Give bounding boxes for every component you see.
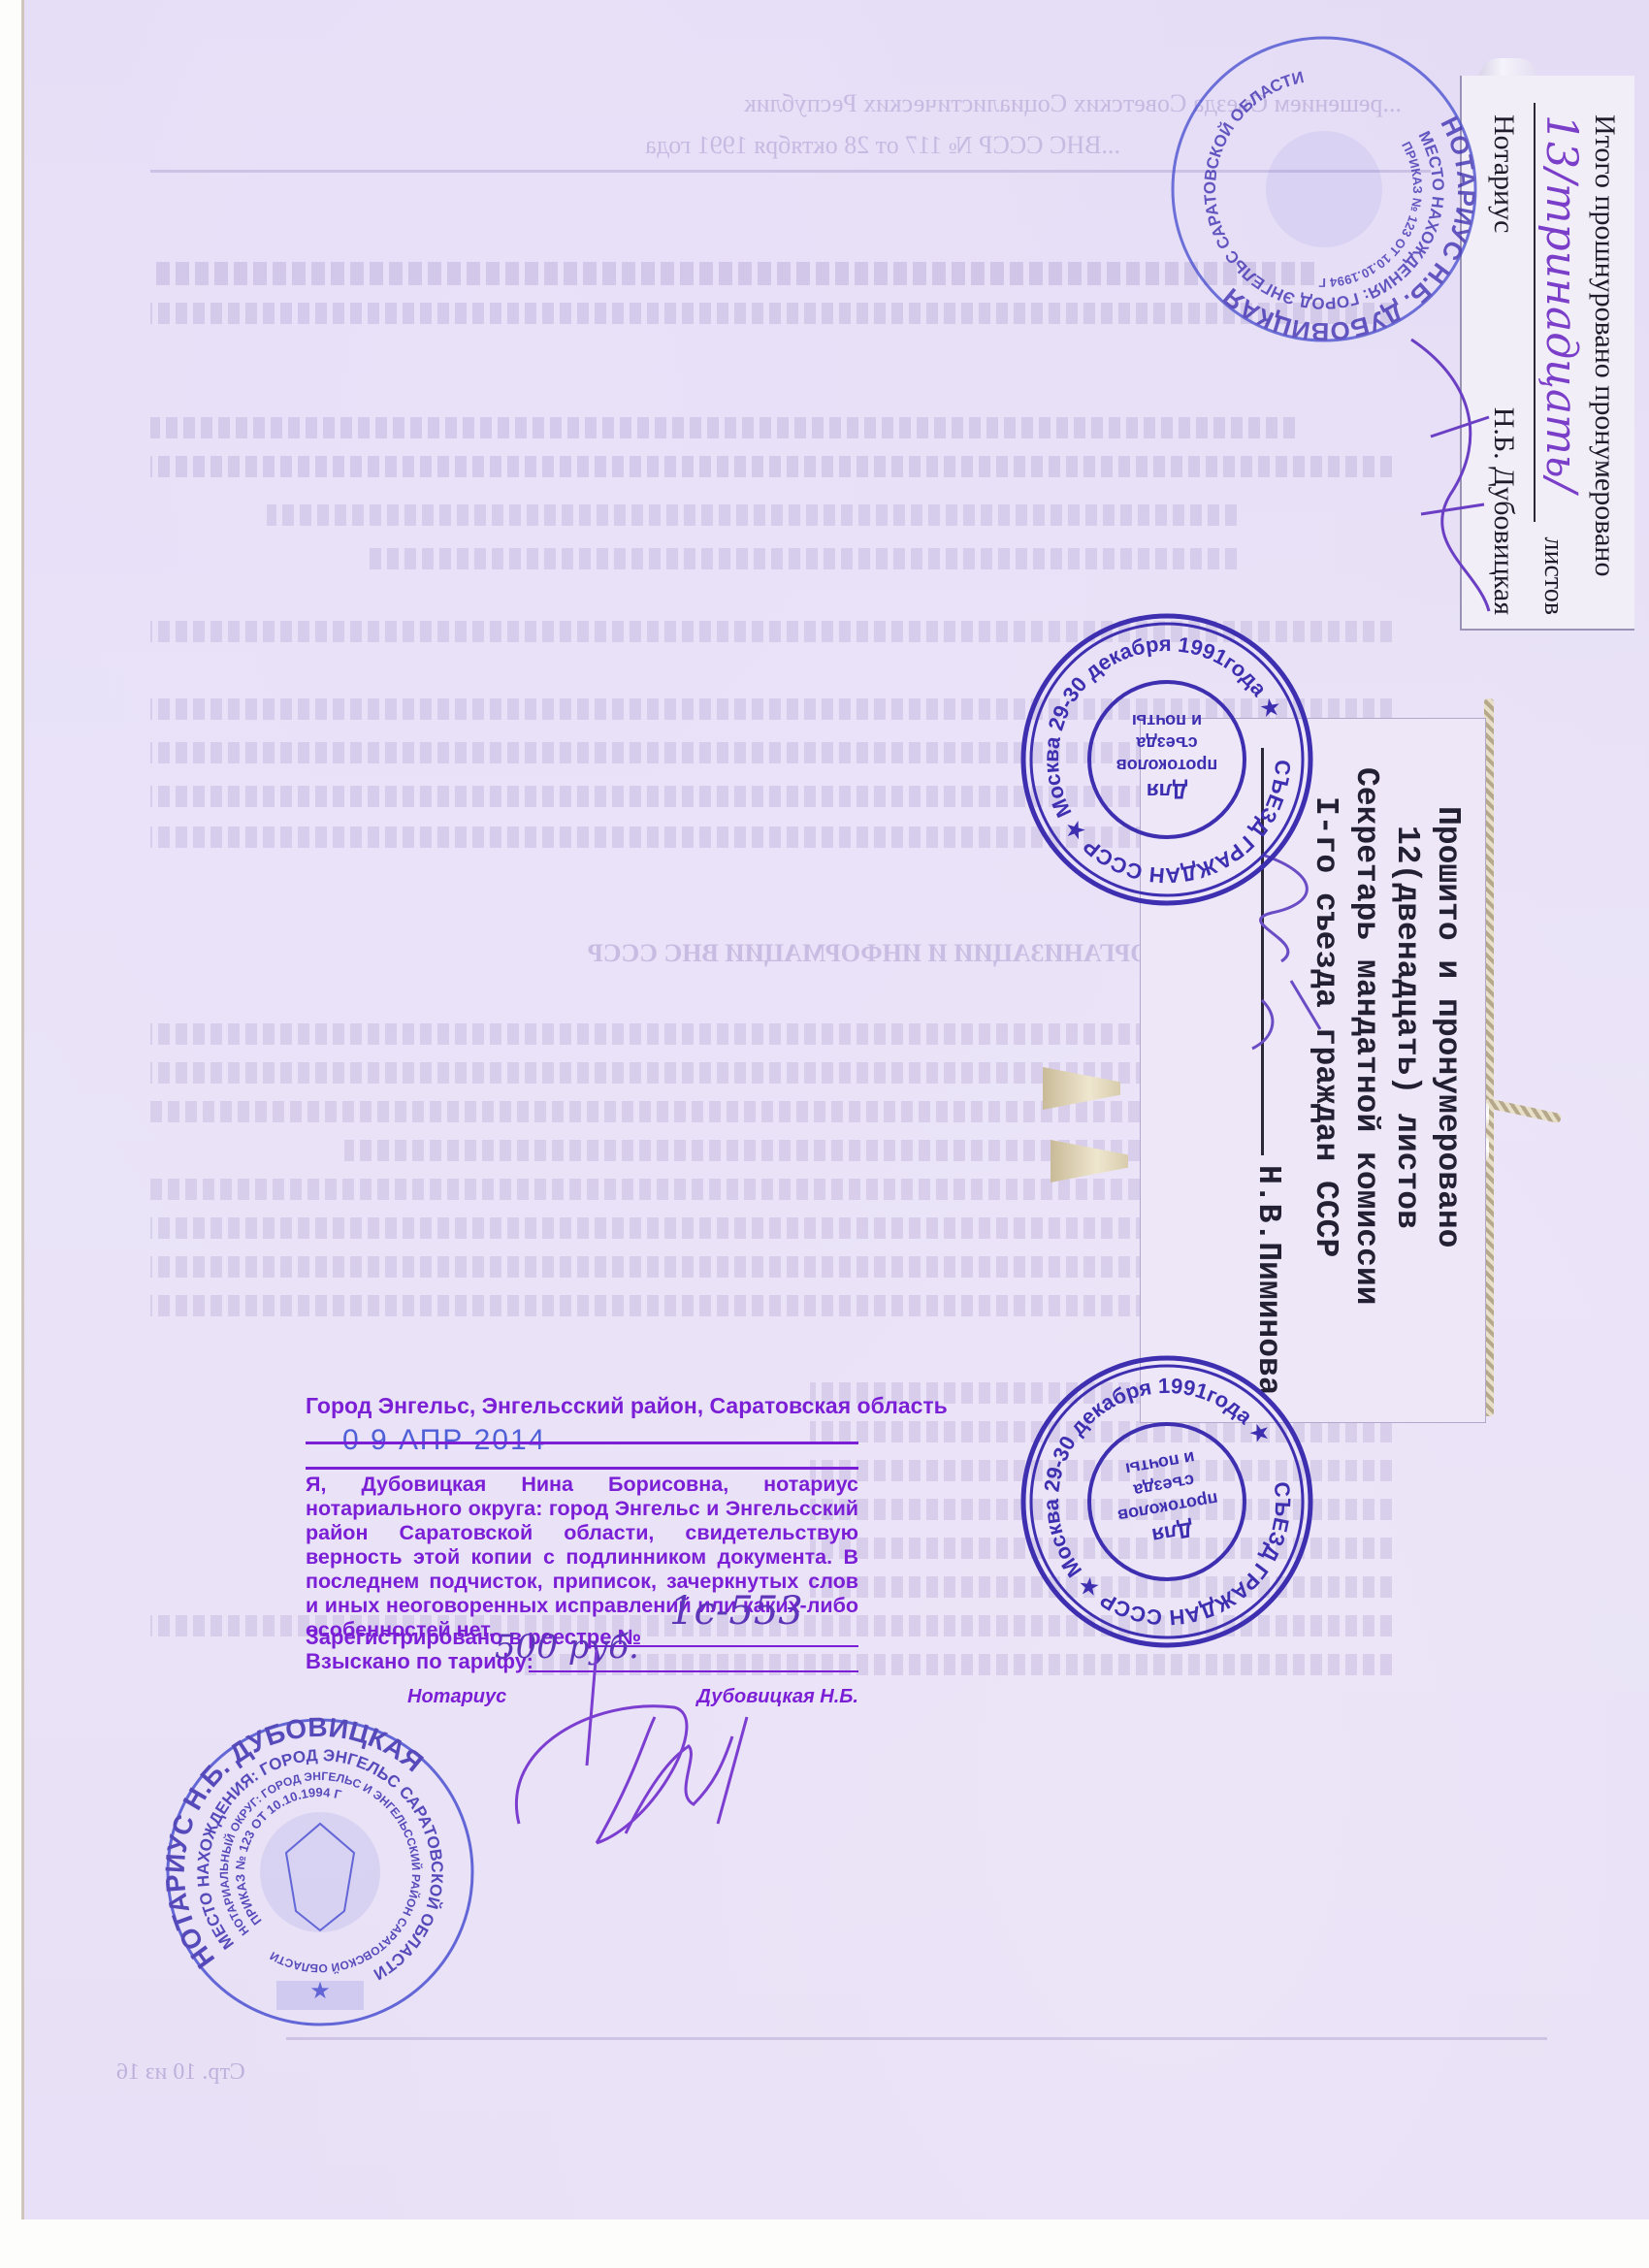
notary-label: Нотариус [1487, 114, 1520, 233]
handwritten-sheet-count: 13/тринадцать/ [1536, 114, 1586, 493]
congress-stamp: СЪЕЗД ГРАЖДАН СССР ★ Москва 29-30 декабр… [1017, 609, 1317, 910]
cert-rule [306, 1442, 858, 1444]
notary-signature [480, 1630, 771, 1901]
bleed-paragraph [150, 262, 1314, 285]
svg-text:Для: Для [1147, 779, 1188, 803]
binding-total-text: Итого прошнуровано пронумеровано [1588, 114, 1621, 576]
svg-text:Для: Для [1150, 1517, 1195, 1548]
bleed-rule [286, 2037, 1547, 2040]
sheets-word: листов [1537, 537, 1568, 615]
svg-text:протоколов: протоколов [1116, 756, 1218, 775]
document-page: ...решением Съезда Советских Социалистич… [21, 0, 1649, 2219]
svg-text:и почты: и почты [1132, 711, 1202, 730]
page-footer: Стр. 10 из 16 [116, 2059, 245, 2086]
bleed-header-line: ...ВНС СССР № 117 от 28 октября 1991 год… [645, 131, 1120, 160]
bleed-section-heading: ...ОРГАНИЗАЦИИ И ИНФОРМАЦИИ ВНС СССР [588, 939, 1169, 968]
binding-label-line2: 12(двенадцать) листов [1389, 826, 1425, 1229]
binding-cord [1484, 1098, 1562, 1123]
notary-seal: ★ НОТАРИУС Н.Б. ДУБОВИЦКАЯ МЕСТО НАХОЖДЕ… [165, 1717, 475, 2027]
notary-signature-top [1392, 320, 1508, 631]
cert-registry-number: 1с-553 [669, 1589, 803, 1634]
bleed-paragraph [150, 417, 1295, 438]
bleed-paragraph [267, 504, 1237, 526]
binding-label-line1: Прошито и пронумеровано [1430, 806, 1466, 1247]
cert-rule [306, 1467, 858, 1470]
cert-date-stamp: 0 9 АПР 2014 [342, 1424, 546, 1457]
svg-text:съезда: съезда [1135, 733, 1197, 753]
cert-place: Город Энгельс, Энгельсский район, Сарато… [306, 1393, 948, 1419]
notary-seal: НОТАРИУС Н.Б. ДУБОВИЦКАЯ МЕСТО НАХОЖДЕНИ… [1169, 34, 1479, 344]
bleed-paragraph [364, 548, 1237, 569]
binding-label-line3: Секретарь мандатной комиссии [1348, 767, 1384, 1306]
congress-stamp: СЪЕЗД ГРАЖДАН СССР ★ Москва 29-30 декабр… [1017, 1351, 1317, 1652]
bleed-paragraph [150, 456, 1392, 477]
count-line [1534, 103, 1536, 522]
